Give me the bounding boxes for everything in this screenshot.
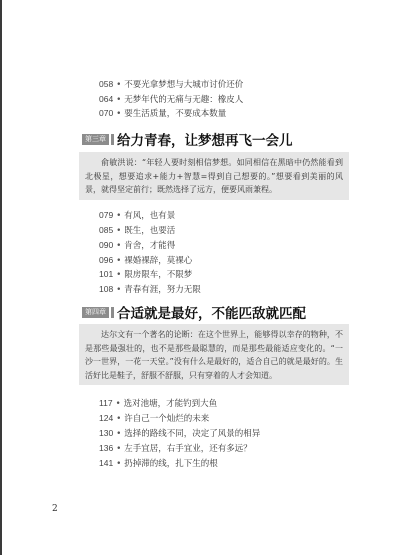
toc-title: 有风，也有景 <box>124 211 175 221</box>
bullet-separator: • <box>116 256 121 266</box>
toc-page-number: 141 <box>99 458 113 468</box>
chapter-heading-3[interactable]: 第三章 给力青春，让梦想再飞一会儿 <box>82 131 293 147</box>
toc-page-number: 064 <box>99 94 113 104</box>
toc-page-number: 090 <box>99 240 113 250</box>
toc-title: 扔掉滞的线，扎下生的根 <box>124 459 218 469</box>
chapter-label-bar <box>111 307 114 318</box>
bullet-separator: • <box>116 414 121 424</box>
bullet-separator: • <box>116 399 121 409</box>
bullet-separator: • <box>116 270 121 280</box>
toc-item[interactable]: 058•不要光拿梦想与大城市讨价还价 <box>99 78 243 91</box>
toc-item[interactable]: 090•肯舍，才能得 <box>99 239 175 252</box>
toc-title: 不要光拿梦想与大城市讨价还价 <box>124 80 243 90</box>
toc-title: 既生，也要活 <box>124 226 175 236</box>
bullet-separator: • <box>116 459 121 469</box>
toc-page-number: 070 <box>99 108 113 118</box>
toc-page-number: 124 <box>99 413 113 423</box>
chapter-heading-4[interactable]: 第四章 合适就是最好，不能匹敌就匹配 <box>82 304 306 320</box>
toc-page-number: 085 <box>99 225 113 235</box>
toc-page-number: 079 <box>99 210 113 220</box>
toc-title: 许自己一个灿烂的未来 <box>124 414 209 424</box>
page-number: 2 <box>52 504 58 514</box>
toc-page-number: 101 <box>99 269 113 279</box>
bullet-separator: • <box>116 211 121 221</box>
toc-title: 左手宜居，右手宜业，还有多远？ <box>124 444 252 454</box>
toc-item[interactable]: 079•有风，也有景 <box>99 209 175 222</box>
toc-title: 限房限车，不限梦 <box>124 270 192 280</box>
toc-title: 选对池塘，才能钓到大鱼 <box>124 399 218 409</box>
toc-item[interactable]: 130•选择的路线不同，决定了风景的相异 <box>99 427 260 440</box>
chapter-title: 给力青春，让梦想再飞一会儿 <box>117 129 293 149</box>
toc-item[interactable]: 064•无梦年代的无痛与无趣：橡皮人 <box>99 93 243 106</box>
bullet-separator: • <box>116 241 121 251</box>
bullet-separator: • <box>116 444 121 454</box>
toc-item[interactable]: 124•许自己一个灿烂的未来 <box>99 412 209 425</box>
chapter-quote-box: 俞敏洪说：“年轻人要时刻相信梦想。如同相信在黑暗中仍然能看到北极星，想要追求+能… <box>79 152 349 200</box>
toc-page-number: 130 <box>99 428 113 438</box>
chapter-quote-box: 达尔文有一个著名的论断：在这个世界上，能够得以幸存的物种，不是那些最强壮的，也不… <box>79 324 349 385</box>
toc-item[interactable]: 085•既生，也要活 <box>99 224 175 237</box>
toc-page-number: 117 <box>99 398 113 408</box>
toc-page-number: 136 <box>99 443 113 453</box>
toc-title: 肯舍，才能得 <box>124 241 175 251</box>
toc-title: 青春有涯，努力无限 <box>124 285 201 295</box>
toc-title: 选择的路线不同，决定了风景的相异 <box>124 429 260 439</box>
bullet-separator: • <box>116 109 121 119</box>
chapter-label: 第四章 <box>82 307 109 318</box>
bullet-separator: • <box>116 80 121 90</box>
toc-title: 无梦年代的无痛与无趣：橡皮人 <box>124 95 243 105</box>
toc-page-number: 108 <box>99 284 113 294</box>
chapter-label-bar <box>111 134 114 145</box>
toc-item[interactable]: 141•扔掉滞的线，扎下生的根 <box>99 457 218 470</box>
bullet-separator: • <box>116 95 121 105</box>
toc-page-number: 058 <box>99 79 113 89</box>
bullet-separator: • <box>116 429 121 439</box>
toc-item[interactable]: 096•裸婚裸辞，莫裸心 <box>99 254 192 267</box>
toc-item[interactable]: 117•选对池塘，才能钓到大鱼 <box>99 397 217 410</box>
page-left-edge <box>0 0 2 555</box>
chapter-label: 第三章 <box>82 134 109 145</box>
toc-page-number: 096 <box>99 255 113 265</box>
toc-title: 要生活质量，不要成本数量 <box>124 109 226 119</box>
bullet-separator: • <box>116 285 121 295</box>
toc-item[interactable]: 136•左手宜居，右手宜业，还有多远？ <box>99 442 252 455</box>
chapter-title: 合适就是最好，不能匹敌就匹配 <box>117 302 306 322</box>
toc-title: 裸婚裸辞，莫裸心 <box>124 256 192 266</box>
bullet-separator: • <box>116 226 121 236</box>
toc-item[interactable]: 101•限房限车，不限梦 <box>99 268 192 281</box>
toc-item[interactable]: 108•青春有涯，努力无限 <box>99 283 201 296</box>
toc-item[interactable]: 070•要生活质量，不要成本数量 <box>99 107 226 120</box>
